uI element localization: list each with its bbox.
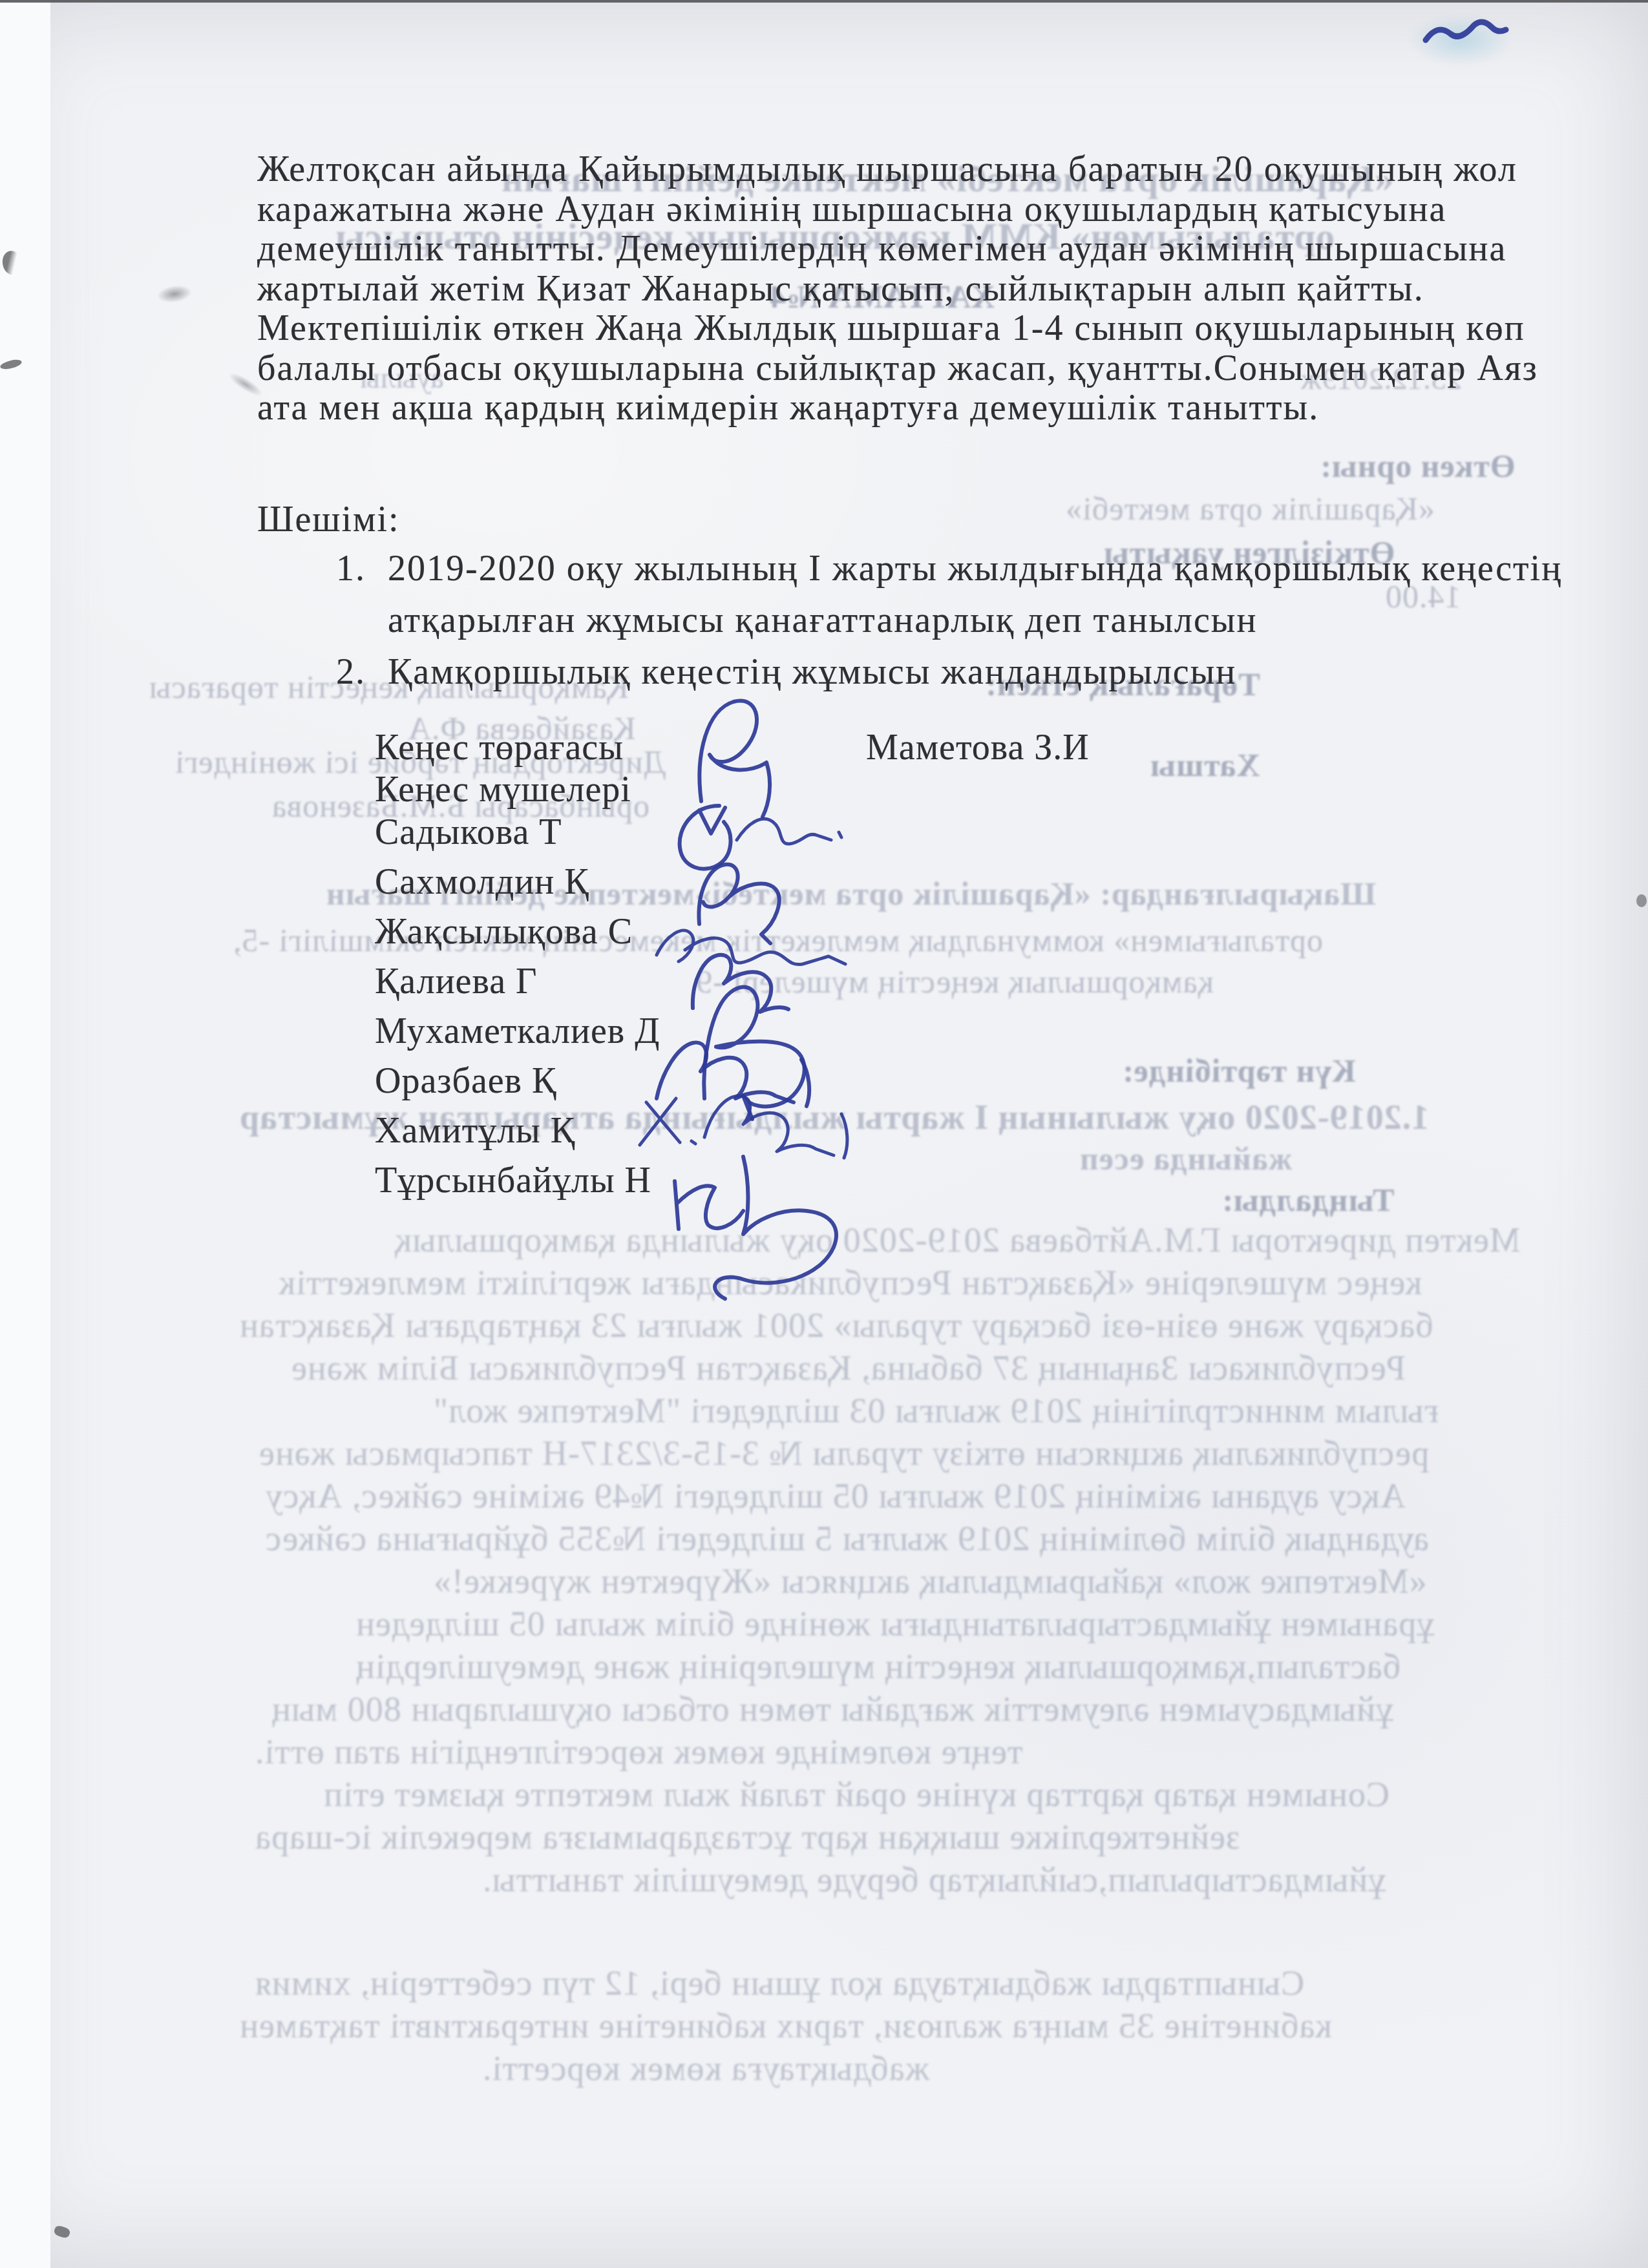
ghost-invited-line-3: қамқоршылық кеңестің мүшелері -9 (695, 963, 1214, 1000)
ghost-footer-line: жабдықтауға көмек көрсетті. (239, 2047, 1623, 2090)
paragraph-line: Желтоқсан айында Қайырымдылық шыршасына … (257, 150, 1538, 190)
council-chairman-name: Маметова З.И (866, 727, 1090, 768)
member-name: Оразбаев Қ (375, 1060, 556, 1102)
ghost-report-line: Ақсу ауданы әкімінің 2019 жылғы 05 шілде… (239, 1475, 1623, 1517)
ghost-agenda-line-2: жайында есеп (1079, 1140, 1292, 1177)
speck (53, 2225, 71, 2240)
ghost-report-line: «Мектепке жол» қайырымдылық акциясы «Жүр… (239, 1560, 1623, 1602)
ghost-report-line: басталып,қамқоршылық кеңестің мүшелеріні… (239, 1645, 1623, 1688)
ghost-footer-line: кабинетіне 35 мыңға жалюзи, тарих кабине… (239, 2004, 1623, 2047)
paragraph-line: каражатына және Аудан әкімінің шыршасына… (257, 190, 1538, 230)
paragraph-line: демеушілік танытты. Демеушілердің көмегі… (257, 229, 1538, 269)
signature-sadykova-tail (737, 819, 841, 844)
member-name: Сахмолдин Қ (375, 861, 589, 903)
paragraph-line: жартылай жетім Қизат Жанарыс қатысып, сы… (257, 269, 1538, 310)
decision-2-line-1: Қамқоршылық кеңестің жұмысы жандандырылс… (388, 651, 1236, 693)
council-chairman-label: Кеңес төрағасы (375, 727, 624, 768)
main-paragraph: Желтоқсан айында Қайырымдылық шыршасына … (257, 150, 1538, 428)
ghost-report-line: ұйымдастырылып,сыйлықтар беруде демеушіл… (239, 1858, 1623, 1901)
member-name: Қалиева Г (375, 961, 537, 1002)
member-name: Хамитұлы Қ (375, 1110, 575, 1151)
ghost-report-line: ұйымдасуымен әлеуметтік жағдайы төмен от… (239, 1688, 1623, 1730)
ghost-footer-line: Сыныптарды жабдықтауда қол ұшын бері, 12… (239, 1962, 1623, 2004)
ghost-venue: «Қарашілік орта мектебі» (1065, 490, 1435, 527)
decision-1-line-1: 2019-2020 оқу жылының І жарты жылдығында… (388, 548, 1562, 589)
scan-left-margin (0, 0, 50, 2268)
decision-1-line-2: атқарылған жұмысы қанағаттанарлық деп та… (388, 600, 1257, 641)
member-name: Мухаметкалиев Д (375, 1011, 660, 1052)
ghost-heard-label: Тыңдалды: (1221, 1181, 1394, 1219)
ghost-report-line: басқару және өзін-өзі басқару туралы» 20… (239, 1304, 1623, 1347)
council-members-label: Кеңес мүшелері (375, 769, 631, 810)
ghost-venue-label: Өткен орны: (1320, 447, 1516, 485)
ghost-secretary-label: Хатшы (1150, 746, 1260, 784)
paragraph-line: балалы отбасы оқушыларына сыйлықтар жаса… (257, 349, 1538, 389)
ghost-report-line: кеңес мүшелеріне «Қазақстан Республикасы… (239, 1261, 1623, 1304)
member-name: Жақсылықова С (375, 911, 633, 952)
ghost-footer-block: Сыныптарды жабдықтауда қол ұшын бері, 12… (239, 1962, 1623, 2090)
decision-heading: Шешімі: (257, 499, 400, 540)
member-name: Тұрсынбайұлы Н (375, 1160, 651, 1201)
ghost-report-line: Республикасы Заңының 37 бабына, Қазақста… (239, 1347, 1623, 1389)
ghost-report-line: Мектеп директоры Г.М.Айтбаева 2019-2020 … (239, 1219, 1623, 1261)
edge-mark (1636, 894, 1647, 907)
paragraph-line: ата мен ақша қардың киімдерін жаңартуға … (257, 388, 1538, 428)
decision-1-number: 1. (336, 548, 366, 589)
scan-top-border (0, 0, 1648, 3)
ghost-report-line: зейнеткерлікке шыққан қарт ұстаздарымызғ… (239, 1816, 1623, 1858)
member-name: Садыкова Т (375, 812, 562, 853)
signature-chairman (699, 700, 770, 817)
ghost-report-line: аудандық білім бөлімінің 2019 жылғы 5 ші… (239, 1517, 1623, 1560)
paragraph-line: Мектепішілік өткен Жаңа Жылдық шыршаға 1… (257, 309, 1538, 349)
ghost-report-block: Мектеп директоры Г.М.Айтбаева 2019-2020 … (239, 1219, 1623, 1901)
ghost-report-line: ұранымен ұйымдастырылатындығы жөнінде бі… (239, 1602, 1623, 1645)
ghost-report-line: теңге көлемінде көмек көрсетілгендігін а… (239, 1730, 1623, 1773)
ghost-report-line: ғылым министрлігінің 2019 жылғы 03 шілде… (239, 1389, 1623, 1432)
scanned-document-page: «Қарашілік орта мектебі» мектепке дейінг… (0, 0, 1648, 2268)
signature-sadykova (680, 806, 731, 869)
smudge-mark (156, 283, 193, 304)
ghost-report-line: республикалық акциясын өткізу туралы № 3… (239, 1432, 1623, 1475)
cyan-blotch (1409, 14, 1512, 66)
ghost-agenda-label: Күн тәртібінде: (1122, 1052, 1356, 1089)
ghost-report-line: Сонымен қатар қарттар күніне орай талай … (239, 1773, 1623, 1816)
decision-2-number: 2. (336, 651, 366, 693)
